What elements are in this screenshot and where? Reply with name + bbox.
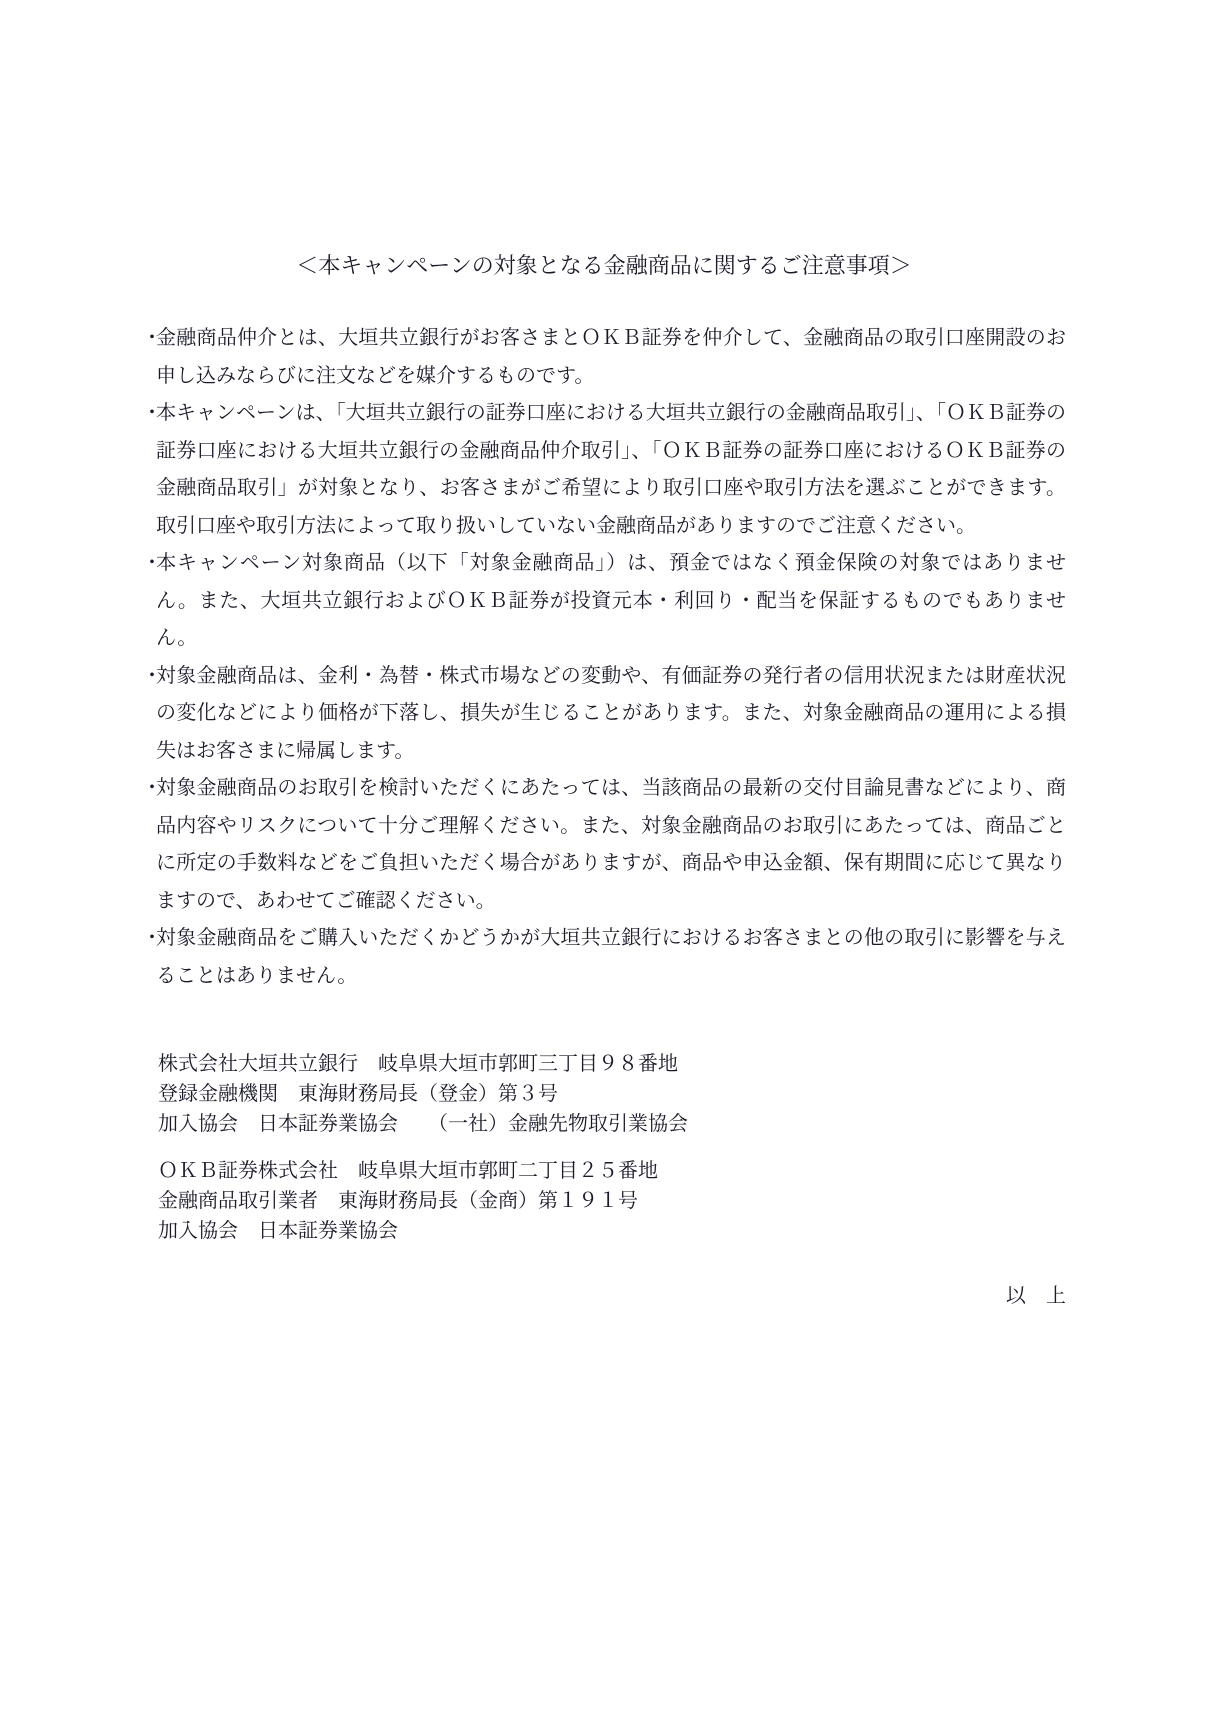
bank-name-address: 株式会社大垣共立銀行 岐阜県大垣市郭町三丁目９８番地 [158, 1048, 688, 1078]
notice-item: ・ 対象金融商品のお取引を検討いただくにあたっては、当該商品の最新の交付目論見書… [142, 769, 1066, 919]
notice-item: ・ 対象金融商品は、金利・為替・株式市場などの変動や、有価証券の発行者の信用状況… [142, 657, 1066, 770]
notice-text: 対象金融商品をご購入いただくかどうかが大垣共立銀行におけるお客さまとの他の取引に… [156, 919, 1066, 994]
bank-registration: 登録金融機関 東海財務局長（登金）第３号 [158, 1078, 688, 1108]
notice-text: 対象金融商品は、金利・為替・株式市場などの変動や、有価証券の発行者の信用状況また… [156, 657, 1066, 770]
bullet-marker: ・ [142, 769, 156, 807]
securities-associations: 加入協会 日本証券業協会 [158, 1215, 658, 1245]
notice-item: ・ 本キャンペーンは、「大垣共立銀行の証券口座における大垣共立銀行の金融商品取引… [142, 394, 1066, 544]
bullet-marker: ・ [142, 319, 156, 357]
notice-text: 本キャンペーンは、「大垣共立銀行の証券口座における大垣共立銀行の金融商品取引」、… [156, 394, 1066, 544]
page-title: ＜本キャンペーンの対象となる金融商品に関するご注意事項＞ [142, 252, 1066, 282]
document-page: ＜本キャンペーンの対象となる金融商品に関するご注意事項＞ ・ 金融商品仲介とは、… [0, 0, 1209, 1712]
securities-name-address: ＯＫＢ証券株式会社 岐阜県大垣市郭町二丁目２５番地 [158, 1155, 658, 1185]
bullet-marker: ・ [142, 544, 156, 582]
notice-item: ・ 対象金融商品をご購入いただくかどうかが大垣共立銀行におけるお客さまとの他の取… [142, 919, 1066, 994]
securities-info: ＯＫＢ証券株式会社 岐阜県大垣市郭町二丁目２５番地 金融商品取引業者 東海財務局… [158, 1155, 658, 1245]
bullet-marker: ・ [142, 657, 156, 695]
notice-item: ・ 本キャンペーン対象商品（以下「対象金融商品」）は、預金ではなく預金保険の対象… [142, 544, 1066, 657]
securities-registration: 金融商品取引業者 東海財務局長（金商）第１９１号 [158, 1185, 658, 1215]
notice-item: ・ 金融商品仲介とは、大垣共立銀行がお客さまとＯＫＢ証券を仲介して、金融商品の取… [142, 319, 1066, 394]
bullet-marker: ・ [142, 919, 156, 957]
closing-mark: 以 上 [142, 1280, 1066, 1310]
bullet-marker: ・ [142, 394, 156, 432]
notice-text: 金融商品仲介とは、大垣共立銀行がお客さまとＯＫＢ証券を仲介して、金融商品の取引口… [156, 319, 1066, 394]
bank-associations: 加入協会 日本証券業協会 （一社）金融先物取引業協会 [158, 1108, 688, 1138]
notice-text: 対象金融商品のお取引を検討いただくにあたっては、当該商品の最新の交付目論見書など… [156, 769, 1066, 919]
bank-info: 株式会社大垣共立銀行 岐阜県大垣市郭町三丁目９８番地 登録金融機関 東海財務局長… [158, 1048, 688, 1138]
notice-text: 本キャンペーン対象商品（以下「対象金融商品」）は、預金ではなく預金保険の対象では… [156, 544, 1066, 657]
notice-list: ・ 金融商品仲介とは、大垣共立銀行がお客さまとＯＫＢ証券を仲介して、金融商品の取… [142, 319, 1066, 994]
